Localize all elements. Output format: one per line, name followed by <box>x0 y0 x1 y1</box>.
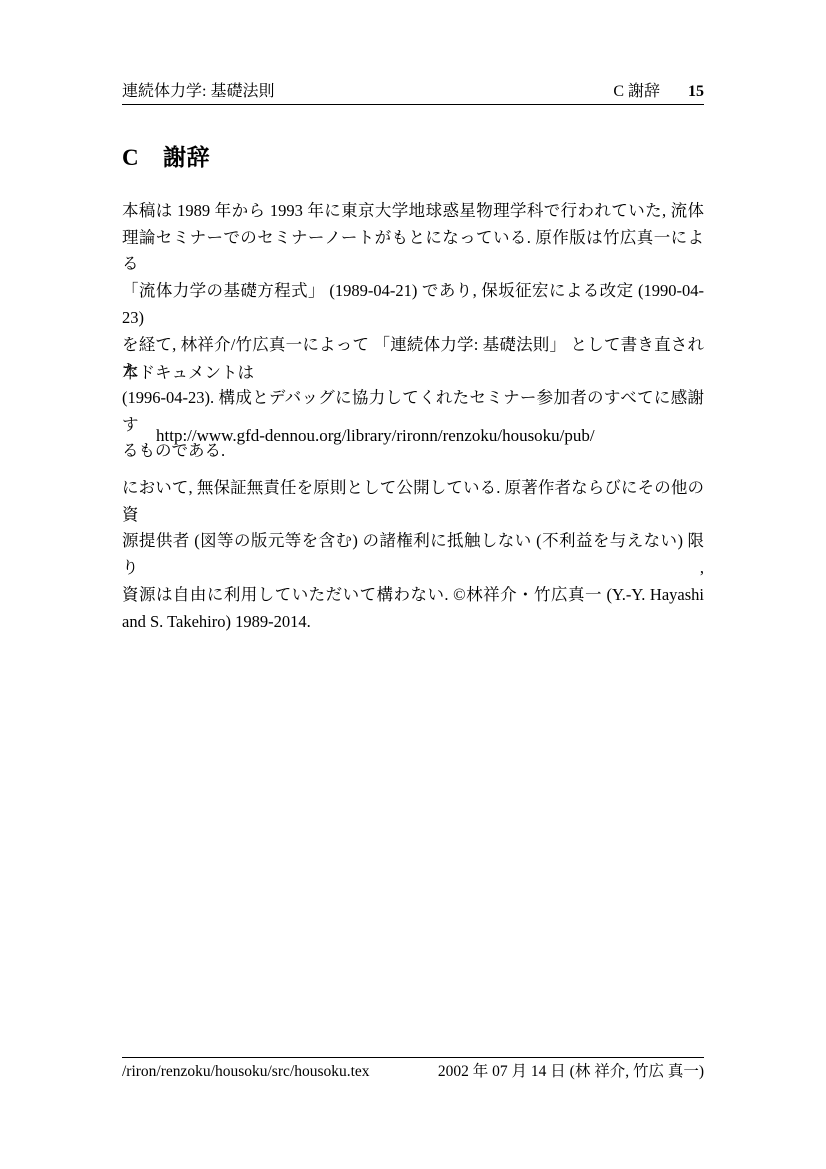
paragraph-line: 「流体力学の基礎方程式」 (1989-04-21) であり, 保坂征宏による改定… <box>122 278 704 331</box>
footer-source-path: /riron/renzoku/housoku/src/housoku.tex <box>122 1063 370 1081</box>
header-page-number: 15 <box>688 83 704 101</box>
page-footer: /riron/renzoku/housoku/src/housoku.tex 2… <box>122 1057 704 1081</box>
running-header: 連続体力学: 基礎法則 C 謝辞 15 <box>122 83 704 105</box>
paragraph-line: において, 無保証無責任を原則として公開している. 原著作者ならびにその他の資 <box>122 475 704 528</box>
paragraph-line: 源提供者 (図等の版元等を含む) の諸権利に抵触しない (不利益を与えない) 限… <box>122 528 704 581</box>
paragraph-line: and S. Takehiro) 1989-2014. <box>122 609 704 636</box>
section-heading: C謝辞 <box>122 139 210 172</box>
document-intro-line: 本ドキュメントは <box>122 360 704 387</box>
section-title: 謝辞 <box>163 145 210 170</box>
paragraph-line: 本稿は 1989 年から 1993 年に東京大学地球惑星物理学科で行われていた,… <box>122 198 704 225</box>
header-document-title: 連続体力学: 基礎法則 <box>122 83 274 101</box>
paragraph-line: 資源は自由に利用していただいて構わない. ©林祥介・竹広真一 (Y.-Y. Ha… <box>122 582 704 609</box>
header-right-group: C 謝辞 15 <box>613 83 704 101</box>
header-section-label: C 謝辞 <box>613 83 660 101</box>
section-number: C <box>122 145 139 171</box>
paragraph-line: 理論セミナーでのセミナーノートがもとになっている. 原作版は竹広真一による <box>122 225 704 278</box>
publication-url: http://www.gfd-dennou.org/library/rironn… <box>156 422 595 449</box>
document-page: 連続体力学: 基礎法則 C 謝辞 15 C謝辞 本稿は 1989 年から 199… <box>0 0 826 1169</box>
footer-date-authors: 2002 年 07 月 14 日 (林 祥介, 竹広 真一) <box>438 1063 704 1081</box>
paragraph-line: 本ドキュメントは <box>122 360 704 387</box>
license-paragraph: において, 無保証無責任を原則として公開している. 原著作者ならびにその他の資 … <box>122 475 704 635</box>
